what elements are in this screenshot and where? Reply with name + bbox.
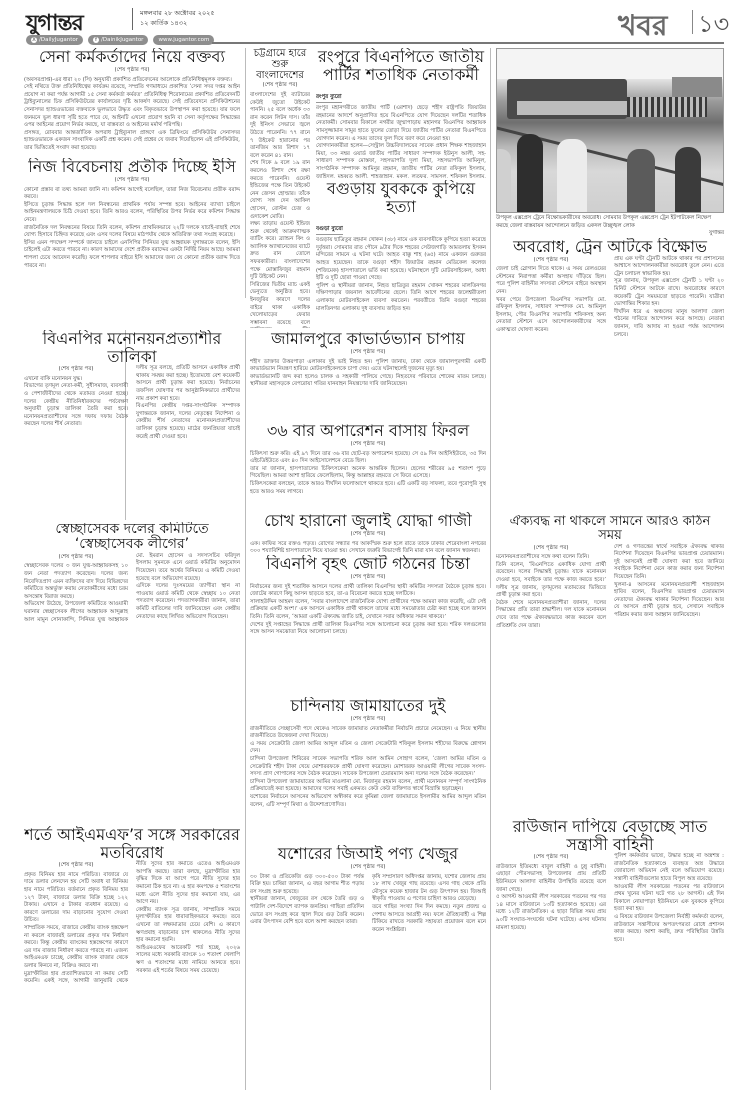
headline: সেনা কর্মকর্তাদের নিয়ে বক্তব্য [24, 48, 240, 66]
photo-caption: উপকূল এক্সপ্রেস ট্রেনে বিক্ষোভকারীদের অব… [496, 215, 724, 238]
article-army: সেনা কর্মকর্তাদের নিয়ে বক্তব্য (শেষ পৃষ… [24, 48, 240, 156]
continued-label: (শেষ পৃষ্ঠার পর) [250, 349, 486, 357]
article-raozan: রাউজান দাপিয়ে বেড়াচ্ছে সাত সন্ত্রাসী ব… [496, 818, 724, 1090]
continued-label: (শেষ পৃষ্ঠার পর) [496, 854, 606, 862]
headline: ঐক্যবদ্ধ না থাকলে সামনে আরও কঠিন সময় [496, 515, 724, 544]
social-links: X /DailyJugantor f /DainikJugantor www.j… [26, 35, 214, 45]
headline: যশোরের জিআই পণ্য খেজুর [250, 845, 486, 863]
article-body: চিকিৎসা শুরু করি। এই ৯৭ দিনে তার ৩৬ বার … [250, 451, 486, 497]
headline: জামালপুরে কাভার্ডভ্যান চাপায় [250, 330, 486, 348]
section-name: খবর [618, 4, 667, 51]
headline: চান্দিনায় জামায়াতের দুই [250, 697, 486, 715]
article-chandina: চান্দিনায় জামায়াতের দুই (শেষ পৃষ্ঠার প… [250, 697, 486, 842]
social-label: /DainikJugantor [101, 37, 143, 43]
facebook-icon: f [93, 37, 99, 43]
headline: বিএনপির মনোনয়নপ্রত্যাশীর তালিকা [24, 330, 240, 365]
continued-label: (শেষ পৃষ্ঠার পর) [496, 257, 606, 265]
date-bengali: ১২ কার্তিক ১৪৩২ [140, 18, 215, 28]
masthead: যুগান্তর মঙ্গলবার ২৮ অক্টোবর ২০২৫ ১২ কার… [0, 0, 750, 50]
continued-label: (শেষ পৃষ্ঠার পর) [24, 67, 240, 75]
column-rule [245, 48, 246, 298]
headline: স্বেচ্ছাসেবক দলের কমিটিতে ‘স্বেচ্ছাসেবক … [24, 522, 240, 553]
social-label: www.jugantor.com [158, 37, 209, 43]
date-block: মঙ্গলবার ২৮ অক্টোবর ২০২৫ ১২ কার্তিক ১৪৩২ [140, 8, 215, 28]
headline: রংপুরে বিএনপিতে জাতীয় পার্টির শতাধিক নে… [316, 48, 486, 83]
continued-label: (শেষ পৃষ্ঠার পর) [250, 82, 310, 90]
article-body: বগুড়ায় ছাত্রিতুর রহমান খোকন (৩৮) নামে … [316, 237, 486, 313]
photo-credit: যুগান্তর [496, 230, 724, 238]
article-gi-dates: যশোরের জিআই পণ্য খেজুর (শেষ পৃষ্ঠার পর) … [250, 845, 486, 1090]
article-body: (শেষ পৃষ্ঠার পর) মনোনয়নপ্রত্যাশীদের সঙ্… [496, 544, 724, 631]
article-body: (অবসরপ্রাপ্ত)-এর ধারা ২০ (সি) অনুযায়ী প… [24, 77, 240, 153]
article-body: (শেষ পৃষ্ঠার পর) স্বেচ্ছাসেবক দলের ৩ জন … [24, 553, 240, 624]
continued-label: (শেষ পৃষ্ঠার পর) [250, 716, 486, 724]
article-bogura: বগুড়ায় যুবককে কুপিয়ে হত্যা বগুড়া ব্য… [316, 180, 486, 328]
article-body: রংপুর মহানগরীতে জাতীয় পার্টি (এরশাদ) ছে… [316, 105, 486, 178]
continued-label: (শেষ পৃষ্ঠার পর) [250, 531, 486, 539]
caption-text: উপকূল এক্সপ্রেস ট্রেনে বিক্ষোভকারীদের অব… [496, 215, 711, 229]
continued-label: (শেষ পৃষ্ঠার পর) [24, 862, 128, 870]
continued-label: (শেষ পৃষ্ঠার পর) [24, 554, 128, 562]
news-photo-train-protest [496, 48, 724, 213]
headline: বগুড়ায় যুবককে কুপিয়ে হত্যা [316, 180, 486, 215]
continued-label: (শেষ পৃষ্ঠার পর) [24, 366, 128, 374]
article-body: শহীদ ডাক্তার উত্তরপাড়া এলাকার দুই ভাই ন… [250, 359, 486, 389]
article-body: নির্বাচনের জন্য দুই শতাধিক আসনে দলের প্র… [250, 584, 486, 637]
article-body: বাংলাদেশের দুই ব্যাটারের কেউই জুতো উইকেট… [250, 92, 310, 328]
article-body: ৩০ টাকা ও প্রতিকেজি গুড় ৩০০-৫০০ টাকা পর… [250, 874, 486, 935]
continued-label: (শেষ পৃষ্ঠার পর) [496, 545, 606, 553]
article-july-fighter: চোখ হারানো জুলাই যোদ্ধা গাজী (শেষ পৃষ্ঠা… [250, 512, 486, 552]
article-rangpur: রংপুরে বিএনপিতে জাতীয় পার্টির শতাধিক নে… [316, 48, 486, 178]
article-unity: ঐক্যবদ্ধ না থাকলে সামনে আরও কঠিন সময় (শ… [496, 515, 724, 815]
article-jamalpur: জামালপুরে কাভার্ডভ্যান চাপায় (শেষ পৃষ্ঠ… [250, 330, 486, 420]
social-web-link[interactable]: www.jugantor.com [153, 35, 214, 45]
continued-label: (শেষ পৃষ্ঠার পর) [24, 177, 240, 185]
article-bnp-list: বিএনপির মনোনয়নপ্রত্যাশীর তালিকা (শেষ পৃ… [24, 330, 240, 520]
article-blockade: অবরোধ, ট্রেন আটকে বিক্ষোভ (শেষ পৃষ্ঠার প… [496, 238, 724, 460]
section-divider [692, 10, 693, 34]
continued-label: (শেষ পৃষ্ঠার পর) [250, 441, 486, 449]
social-facebook-link[interactable]: f /DainikJugantor [88, 35, 148, 45]
headline: রাউজান দাপিয়ে বেড়াচ্ছে সাত সন্ত্রাসী ব… [496, 818, 724, 853]
article-body: এক। কাফির সরে রক্তও পড়ত। রোগের সন্ধ্যার… [250, 541, 486, 552]
headline: নিজ বিবেচনায় প্রতীক দিচ্ছে ইসি [24, 158, 240, 176]
article-body: রাজনীতিতে সেচ্ছাসেবী পদে থেকেও সাবেক জাম… [250, 726, 486, 810]
article-body: (শেষ পৃষ্ঠার পর) রাউজানে ইতিমধ্যে বাবুল … [496, 853, 724, 944]
social-x-link[interactable]: X /DailyJugantor [26, 35, 83, 45]
article-alliance: বিএনপি বৃহৎ জোট গঠনের চিন্তা (শেষ পৃষ্ঠা… [250, 555, 486, 695]
continued-label: (শেষ পৃষ্ঠার পর) [250, 574, 486, 582]
headline: বিএনপি বৃহৎ জোট গঠনের চিন্তা [250, 555, 486, 573]
date-gregorian: মঙ্গলবার ২৮ অক্টোবর ২০২৫ [140, 8, 215, 18]
logo-divider [132, 8, 133, 30]
headline: চট্টগ্রামে হারে শুরু বাংলাদেশের [250, 48, 310, 81]
article-operation36: ৩৬ বার অপারেশন বাসায় ফিরল (শেষ পৃষ্ঠার … [250, 422, 486, 510]
column-rule [490, 48, 491, 588]
article-chattogram: চট্টগ্রামে হারে শুরু বাংলাদেশের (শেষ পৃষ… [250, 48, 310, 328]
headline: অবরোধ, ট্রেন আটকে বিক্ষোভ [496, 238, 724, 256]
headline: ৩৬ বার অপারেশন বাসায় ফিরল [250, 422, 486, 440]
article-body: কোনো প্রস্তাব বা তথ্য আমরা জানি না। কমিশ… [24, 187, 240, 271]
column-rule [245, 330, 246, 1090]
column-rule [490, 600, 491, 1090]
social-label: /DailyJugantor [39, 37, 78, 43]
article-body: (শেষ পৃষ্ঠার পর) প্রকৃত বিনিময় হার নামে… [24, 861, 240, 986]
byline: রংপুর ব্যুরো [316, 94, 342, 103]
x-icon: X [31, 37, 37, 43]
article-body: (শেষ পৃষ্ঠার পর) এখনো বাকি মনোনয়ন যুদ্ধ… [24, 365, 240, 441]
headline: শর্তে আইএমএফ’র সঙ্গে সরকারের মতবিরোধ [24, 826, 240, 861]
article-body: (শেষ পৃষ্ঠার পর) জেলা চাই স্লোগান দিতে থ… [496, 256, 724, 340]
byline: বগুড়া ব্যুরো [316, 226, 343, 235]
article-imf: শর্তে আইএমএফ’র সঙ্গে সরকারের মতবিরোধ (শে… [24, 826, 240, 1090]
headline: চোখ হারানো জুলাই যোদ্ধা গাজী [250, 512, 486, 530]
continued-label: (শেষ পৃষ্ঠার পর) [250, 864, 486, 872]
article-volunteer: স্বেচ্ছাসেবক দলের কমিটিতে ‘স্বেচ্ছাসেবক … [24, 522, 240, 822]
article-ec: নিজ বিবেচনায় প্রতীক দিচ্ছে ইসি (শেষ পৃষ… [24, 158, 240, 328]
page-number: ১৩ [698, 6, 729, 46]
